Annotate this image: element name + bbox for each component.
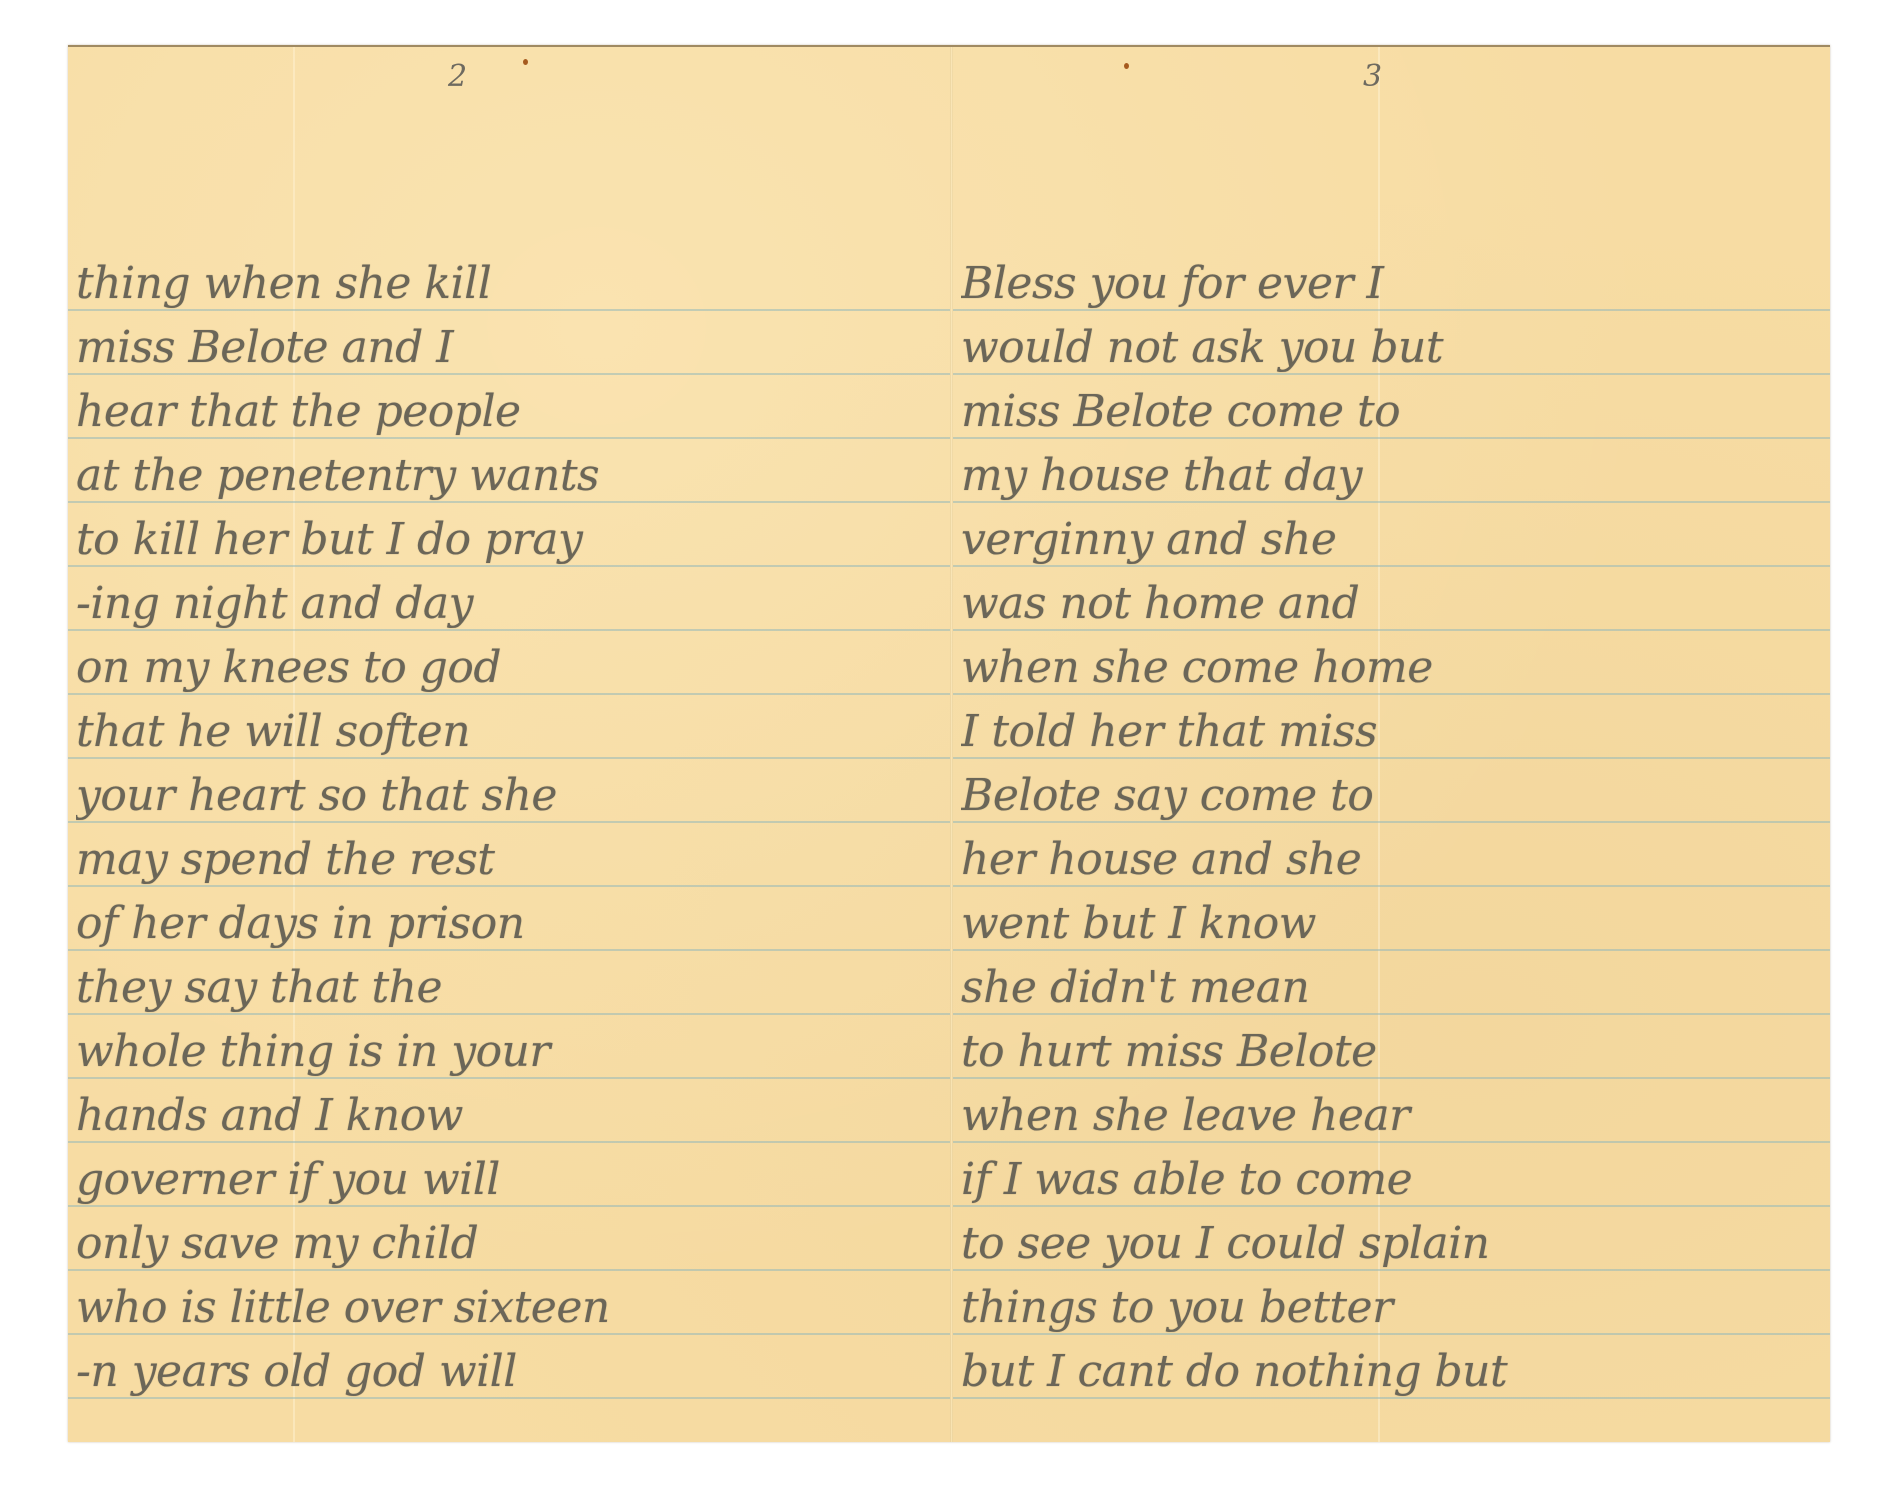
text-line: to hurt miss Belote — [961, 1020, 1820, 1084]
text-line: I told her that miss — [961, 700, 1820, 764]
page-left: 2 thing when she kill miss Belote and I … — [68, 47, 950, 1442]
text-line: my house that day — [961, 444, 1820, 508]
text-line: would not ask you but — [961, 316, 1820, 380]
text-line: Belote say come to — [961, 764, 1820, 828]
text-line: -ing night and day — [76, 572, 940, 636]
handwritten-text: thing when she kill miss Belote and I he… — [76, 252, 940, 1404]
text-line: Bless you for ever I — [961, 252, 1820, 316]
text-line: miss Belote and I — [76, 316, 940, 380]
text-line: verginny and she — [961, 508, 1820, 572]
text-line: things to you better — [961, 1276, 1820, 1340]
text-line: but I cant do nothing but — [961, 1340, 1820, 1404]
text-line: to kill her but I do pray — [76, 508, 940, 572]
text-line: on my knees to god — [76, 636, 940, 700]
text-line: miss Belote come to — [961, 380, 1820, 444]
text-line: was not home and — [961, 572, 1820, 636]
text-line: to see you I could splain — [961, 1212, 1820, 1276]
text-line: went but I know — [961, 892, 1820, 956]
text-line: at the penetentry wants — [76, 444, 940, 508]
page-right: 3 Bless you for ever I would not ask you… — [953, 47, 1830, 1442]
text-line: hear that the people — [76, 380, 940, 444]
text-line: when she leave hear — [961, 1084, 1820, 1148]
text-line: who is little over sixteen — [76, 1276, 940, 1340]
text-line: hands and I know — [76, 1084, 940, 1148]
text-line: -n years old god will — [76, 1340, 940, 1404]
text-line: governer if you will — [76, 1148, 940, 1212]
handwritten-text: Bless you for ever I would not ask you b… — [961, 252, 1820, 1404]
text-line: they say that the — [76, 956, 940, 1020]
text-line: that he will soften — [76, 700, 940, 764]
page-number: 3 — [1363, 59, 1382, 94]
page-number: 2 — [448, 59, 467, 94]
text-line: when she come home — [961, 636, 1820, 700]
text-line: your heart so that she — [76, 764, 940, 828]
text-line: she didn't mean — [961, 956, 1820, 1020]
text-line: of her days in prison — [76, 892, 940, 956]
text-line: her house and she — [961, 828, 1820, 892]
text-line: may spend the rest — [76, 828, 940, 892]
text-line: whole thing is in your — [76, 1020, 940, 1084]
text-line: only save my child — [76, 1212, 940, 1276]
text-line: thing when she kill — [76, 252, 940, 316]
text-line: if I was able to come — [961, 1148, 1820, 1212]
letter-sheet: 2 thing when she kill miss Belote and I … — [68, 45, 1830, 1442]
